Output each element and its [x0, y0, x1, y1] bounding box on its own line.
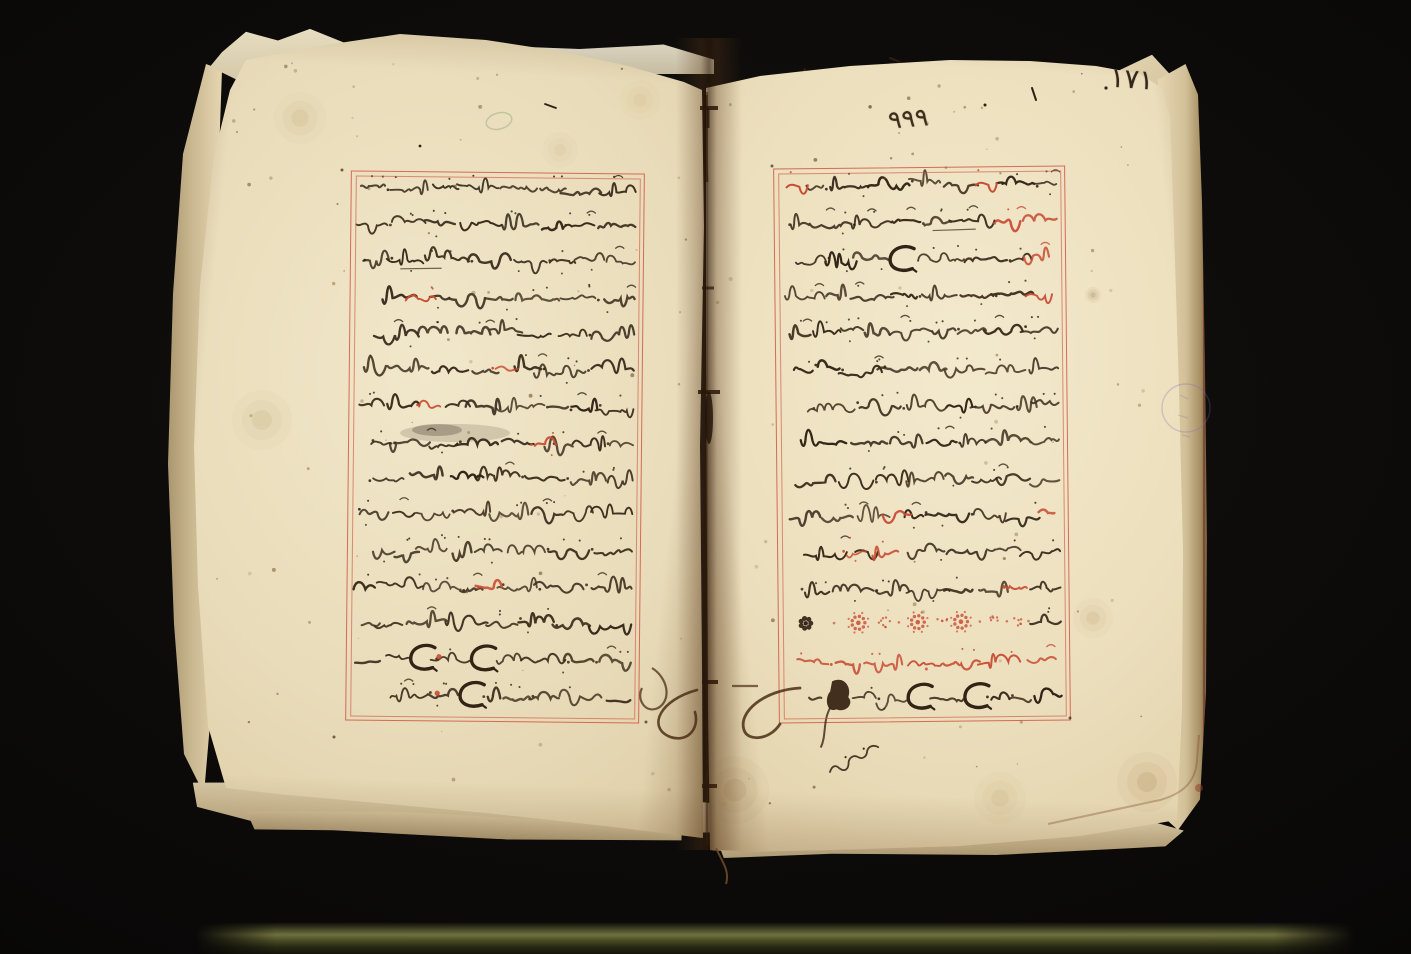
text-line: [796, 242, 1050, 272]
folio-number: ١٧١: [1109, 63, 1155, 97]
text-line: [374, 316, 635, 349]
ornament-band: [799, 607, 1061, 634]
rubric-line: [797, 645, 1056, 675]
photograph-backdrop: ١٧١ ٩٩٩: [0, 0, 1411, 954]
text-line: [371, 428, 633, 457]
text-line: [789, 314, 1058, 344]
text-frame-left: [345, 170, 645, 723]
text-line: [786, 168, 1060, 198]
text-line: [390, 679, 630, 709]
text-line: [804, 534, 1060, 563]
text-line: [785, 279, 1052, 308]
text-line: [354, 570, 632, 594]
text-line: [358, 497, 633, 529]
text-line: [364, 352, 634, 384]
handwritten-text-right: [774, 166, 1070, 722]
text-frame-right: [773, 165, 1071, 723]
text-line: [363, 244, 635, 276]
text-line: [382, 282, 636, 314]
text-line: [359, 390, 633, 417]
text-line: [361, 173, 636, 197]
text-line: [790, 500, 1055, 530]
quire-mark: ٩٩٩: [887, 102, 930, 134]
text-line: [368, 461, 632, 488]
text-line: [800, 576, 1060, 604]
open-manuscript-book: ١٧١ ٩٩٩: [0, 0, 1411, 954]
text-line: [788, 205, 1057, 235]
text-line: [801, 425, 1059, 453]
text-line: [362, 606, 632, 635]
text-line: [795, 463, 1059, 489]
text-line: [355, 644, 631, 675]
table-edge-highlight: [195, 922, 1355, 954]
text-line: [808, 390, 1059, 420]
handwritten-text-left: [346, 171, 644, 722]
text-line: [794, 354, 1059, 379]
text-line: [356, 209, 635, 240]
text-line: [373, 533, 632, 565]
